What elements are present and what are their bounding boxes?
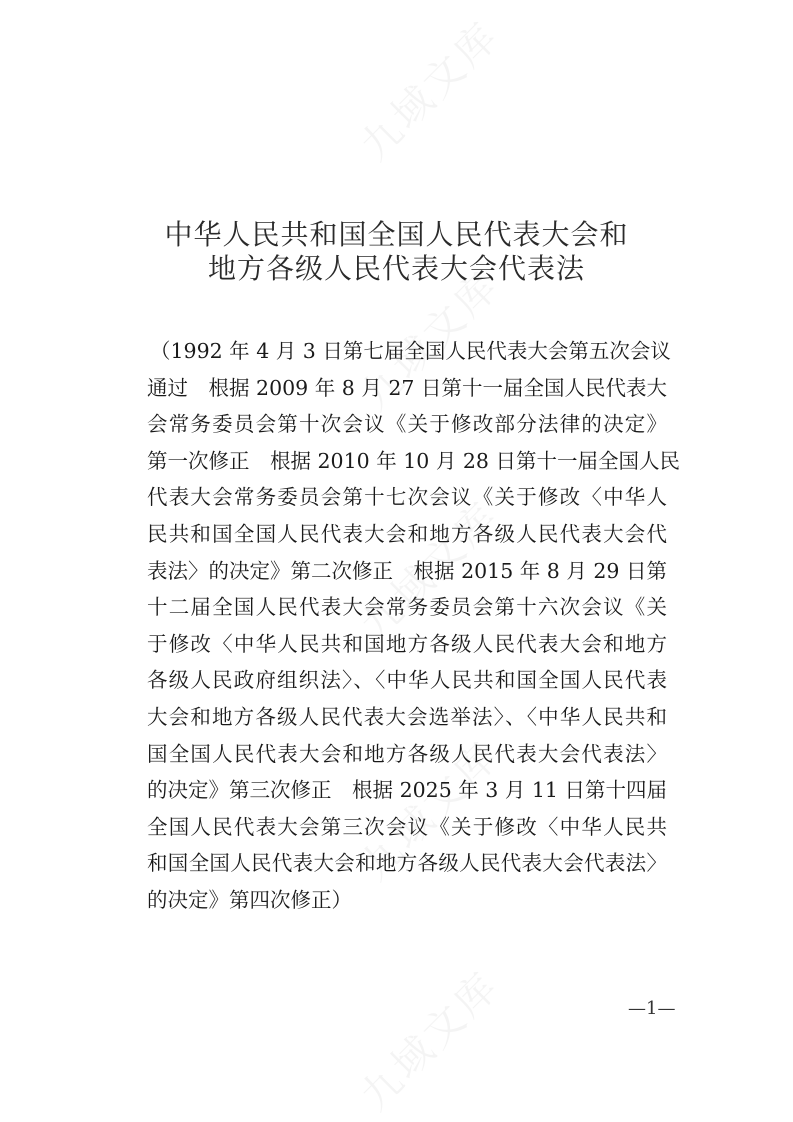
title-line: 中华人民共和国全国人民代表大会和 — [0, 218, 793, 252]
page-number: —1— — [628, 998, 675, 1019]
preamble-line: 和国全国人民代表大会和地方各级人民代表大会代表法〉 — [147, 845, 667, 882]
preamble-line: 全国人民代表大会第三次会议《关于修改〈中华人民共 — [147, 809, 667, 846]
preamble-line: 通过 根据 2009 年 8 月 27 日第十一届全国人民代表大 — [147, 370, 667, 407]
preamble: （1992 年 4 月 3 日第七届全国人民代表大会第五次会议 通过 根据 20… — [147, 333, 667, 919]
preamble-line: 表法〉的决定》第二次修正 根据 2015 年 8 月 29 日第 — [147, 553, 667, 590]
preamble-line: 各级人民政府组织法〉、〈中华人民共和国全国人民代表 — [147, 662, 667, 699]
preamble-line: 大会和地方各级人民代表大会选举法〉、〈中华人民共和 — [147, 699, 667, 736]
preamble-line: 民共和国全国人民代表大会和地方各级人民代表大会代 — [147, 516, 667, 553]
preamble-line: 国全国人民代表大会和地方各级人民代表大会代表法〉 — [147, 736, 667, 773]
preamble-line: 第一次修正 根据 2010 年 10 月 28 日第十一届全国人民 — [147, 443, 667, 480]
document-title: 中华人民共和国全国人民代表大会和 地方各级人民代表大会代表法 — [0, 218, 793, 286]
title-line: 地方各级人民代表大会代表法 — [0, 252, 793, 286]
preamble-line: 代表大会常务委员会第十七次会议《关于修改〈中华人 — [147, 479, 667, 516]
watermark-top: 九域文库 — [346, 6, 511, 171]
preamble-line: （1992 年 4 月 3 日第七届全国人民代表大会第五次会议 — [147, 333, 667, 370]
preamble-line: 的决定》第三次修正 根据 2025 年 3 月 11 日第十四届 — [147, 772, 667, 809]
preamble-line: 十二届全国人民代表大会常务委员会第十六次会议《关 — [147, 589, 667, 626]
watermark-bottom: 九域文库 — [346, 956, 511, 1121]
preamble-line: 的决定》第四次修正） — [147, 882, 667, 919]
preamble-line: 会常务委员会第十次会议《关于修改部分法律的决定》 — [147, 406, 667, 443]
preamble-line: 于修改〈中华人民共和国地方各级人民代表大会和地方 — [147, 626, 667, 663]
